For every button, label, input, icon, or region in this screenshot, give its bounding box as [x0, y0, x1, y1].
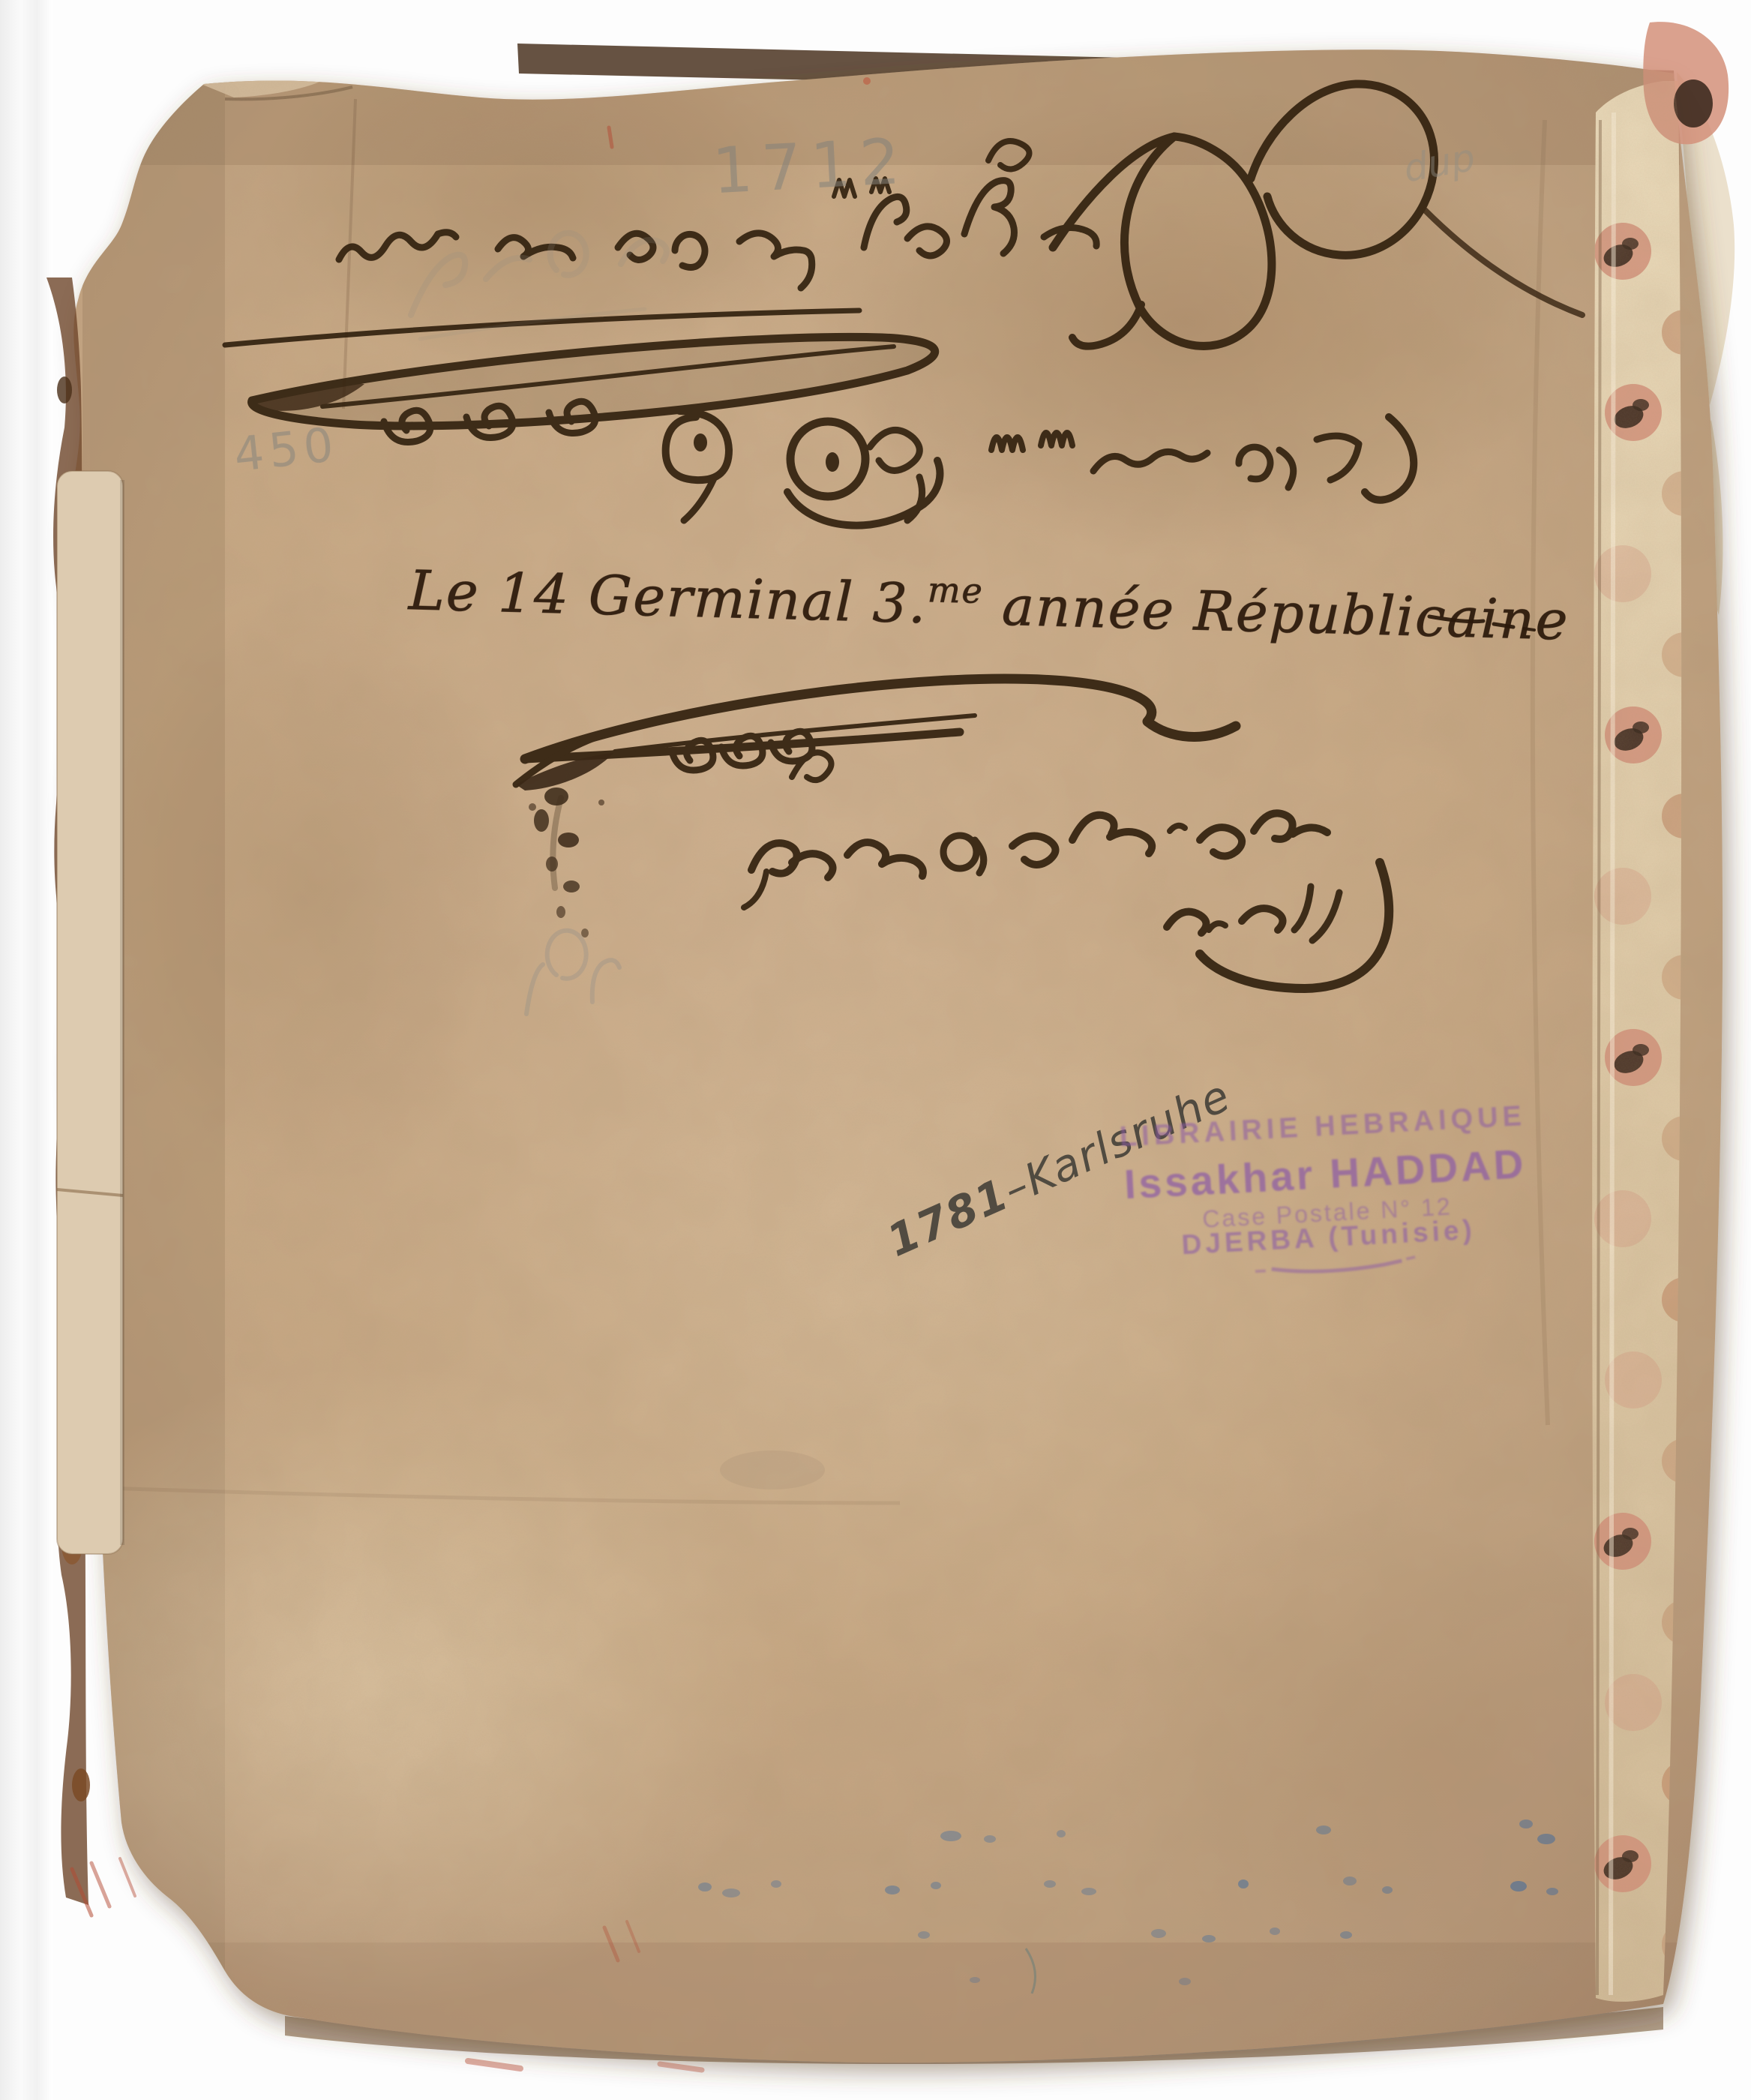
- scanner-background: [0, 0, 52, 2100]
- pencil-shelf-number: 1712: [711, 124, 911, 208]
- scanned-cover: Le 14 Germinal 3.me année Républicaine 1…: [0, 0, 1751, 2100]
- spine-label: [57, 471, 123, 1554]
- french-text-superscript: me: [927, 569, 984, 611]
- pencil-price-code: 450: [232, 417, 341, 482]
